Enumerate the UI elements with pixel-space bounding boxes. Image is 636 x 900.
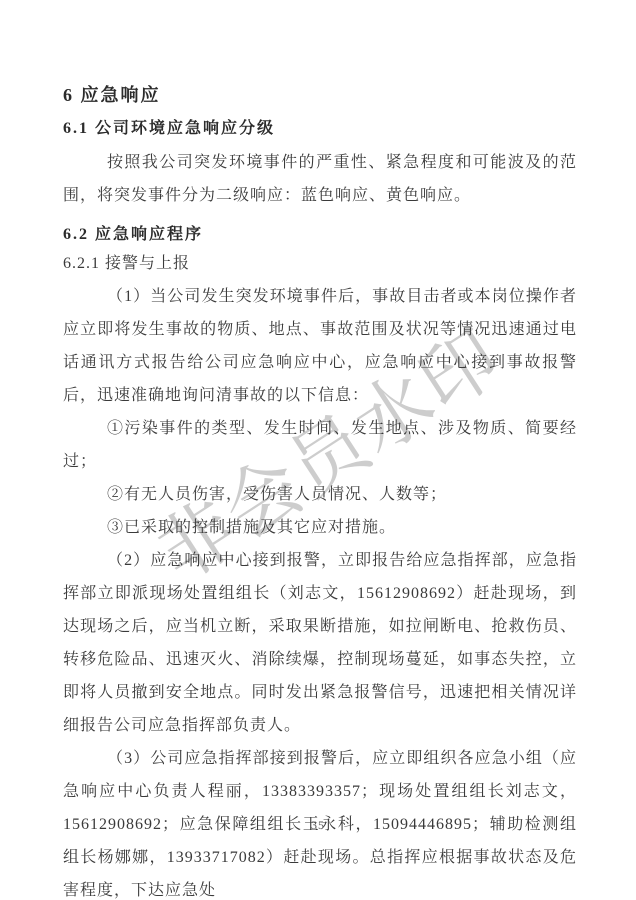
chapter-heading: 6 应急响应	[63, 84, 577, 106]
page-number: 35	[0, 818, 636, 833]
list-item-circled-3: ③已采取的控制措施及其它应对措施。	[63, 511, 577, 544]
subsection-heading-6-2-1: 6.2.1 接警与上报	[63, 254, 577, 274]
section-6-1-paragraph: 按照我公司突发环境事件的严重性、紧急程度和可能波及的范围，将突发事件分为二级响应…	[63, 146, 577, 212]
page-content: 6 应急响应 6.1 公司环境应急响应分级 按照我公司突发环境事件的严重性、紧急…	[63, 84, 577, 900]
list-item-circled-1: ①污染事件的类型、发生时间、发生地点、涉及物质、简要经过；	[63, 412, 577, 478]
paragraph-report-step-2: （2）应急响应中心接到报警，立即报告给应急指挥部，应急指挥部立即派现场处置组组长…	[63, 544, 577, 742]
paragraph-report-step-1: （1）当公司发生突发环境事件后，事故目击者或本岗位操作者应立即将发生事故的物质、…	[63, 280, 577, 412]
list-item-circled-2: ②有无人员伤害，受伤害人员情况、人数等；	[63, 478, 577, 511]
section-heading-6-1: 6.1 公司环境应急响应分级	[63, 118, 577, 140]
section-heading-6-2: 6.2 应急响应程序	[63, 224, 577, 246]
document-page: 非会员水印 6 应急响应 6.1 公司环境应急响应分级 按照我公司突发环境事件的…	[0, 0, 636, 900]
